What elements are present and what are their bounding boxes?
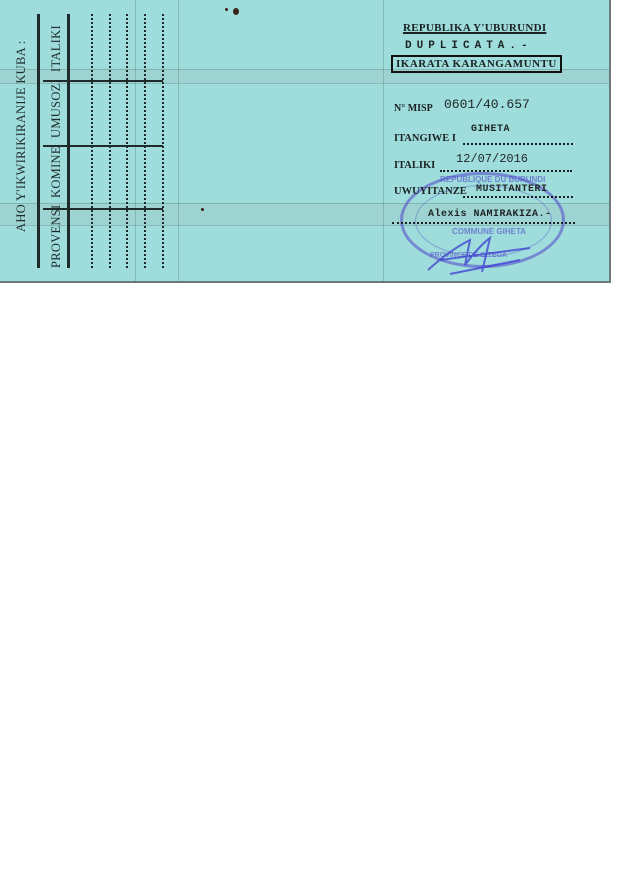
- identity-card-duplicate: AHO Y'IKWIRIKIRANIJE KUBA : PROVENSI KOM…: [0, 0, 611, 283]
- uwuyitanze-value: MUSITANTERI: [476, 184, 548, 195]
- column-italiki: ITALIKI: [49, 25, 64, 72]
- signature-icon: [420, 230, 540, 280]
- italiki-value: 12/07/2016: [456, 152, 528, 166]
- entry-line: [91, 14, 93, 268]
- dotted-line: [392, 222, 575, 224]
- itangiwe-value: GIHETA: [471, 124, 510, 135]
- itangiwe-label: ITANGIWE I: [394, 133, 456, 144]
- entry-line: [144, 14, 146, 268]
- dotted-line: [463, 143, 573, 145]
- fold-line: [178, 0, 179, 281]
- republic-title: REPUBLIKA Y'UBURUNDI: [403, 22, 546, 34]
- misp-value: 0601/40.657: [444, 97, 530, 112]
- misp-label: N° MISP: [394, 103, 433, 114]
- column-provensi: PROVENSI: [49, 204, 64, 268]
- fold-line: [383, 0, 384, 281]
- table-border: [67, 14, 70, 268]
- italiki-label: ITALIKI: [394, 160, 435, 171]
- column-umusozi: UMUSOZI: [49, 79, 64, 138]
- table-border: [37, 14, 40, 268]
- stamp-top-text: REPUBLIQUE DU BURUNDI: [440, 175, 545, 184]
- duplicata-label: DUPLICATA.-: [405, 40, 533, 52]
- entry-line: [162, 14, 164, 268]
- card-title: IKARATA KARANGAMUNTU: [391, 55, 562, 73]
- uwuyitanze-label: UWUYITANZE: [394, 186, 467, 197]
- dotted-line: [463, 196, 573, 198]
- column-komine: KOMINE: [49, 146, 64, 198]
- fold-line: [135, 0, 136, 281]
- stain: [201, 208, 204, 211]
- residence-heading: AHO Y'IKWIRIKIRANIJE KUBA :: [14, 41, 29, 232]
- dotted-line: [440, 170, 572, 172]
- issuer-name: Alexis NAMIRAKIZA.-: [428, 209, 552, 220]
- entry-line: [109, 14, 111, 268]
- stain: [233, 8, 239, 15]
- entry-line: [126, 14, 128, 268]
- stain: [225, 8, 228, 11]
